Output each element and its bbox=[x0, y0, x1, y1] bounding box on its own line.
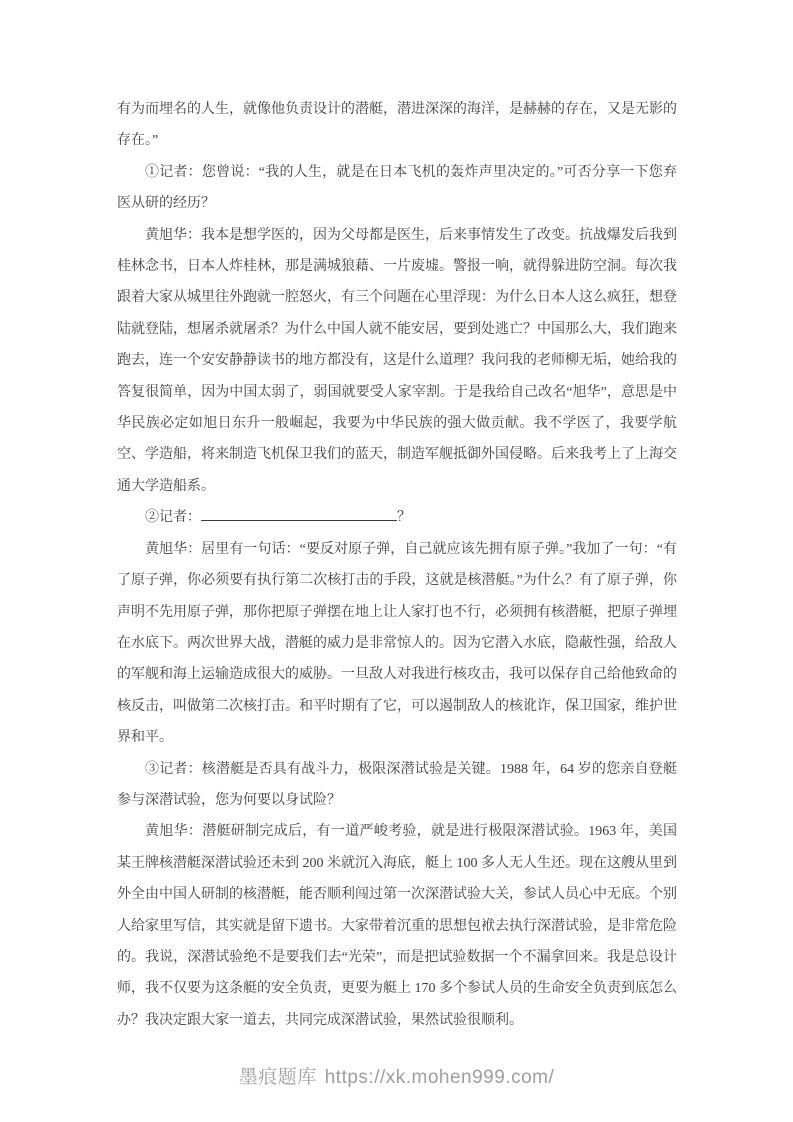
fill-in-blank-line bbox=[201, 507, 397, 521]
paragraph: 黄旭华：我本是想学医的，因为父母都是医生，后来事情发生了改变。抗战爆发后我到桂林… bbox=[117, 220, 677, 503]
footer-watermark: 墨痕题库https://xk.mohen999.com/ bbox=[0, 1062, 793, 1089]
paragraph: 黄旭华：潜艇研制完成后，有一道严峻考验，就是进行极限深潜试验。1963 年，美国… bbox=[117, 816, 677, 1036]
footer-site-name: 墨痕题库 bbox=[239, 1067, 317, 1088]
paragraph: 黄旭华：居里有一句话：“要反对原子弹，自己就应该先拥有原子弹。”我加了一句：“有… bbox=[117, 534, 677, 754]
blank-prefix: ②记者： bbox=[145, 510, 201, 525]
paragraph: ①记者：您曾说：“我的人生，就是在日本飞机的轰炸声里决定的。”可否分享一下您弃医… bbox=[117, 157, 677, 220]
paragraph: ③记者：核潜艇是否具有战斗力，极限深潜试验是关键。1988 年，64 岁的您亲自… bbox=[117, 754, 677, 817]
footer-url: https://xk.mohen999.com/ bbox=[325, 1067, 555, 1088]
paragraph: 有为而埋名的人生，就像他负责设计的潜艇，潜进深深的海洋，是赫赫的存在，又是无影的… bbox=[117, 94, 677, 157]
page: 有为而埋名的人生，就像他负责设计的潜艇，潜进深深的海洋，是赫赫的存在，又是无影的… bbox=[0, 0, 793, 1122]
blank-suffix: ？ bbox=[397, 510, 411, 525]
paragraph-with-blank: ②记者：？ bbox=[117, 502, 677, 533]
document-body: 有为而埋名的人生，就像他负责设计的潜艇，潜进深深的海洋，是赫赫的存在，又是无影的… bbox=[117, 94, 677, 1036]
